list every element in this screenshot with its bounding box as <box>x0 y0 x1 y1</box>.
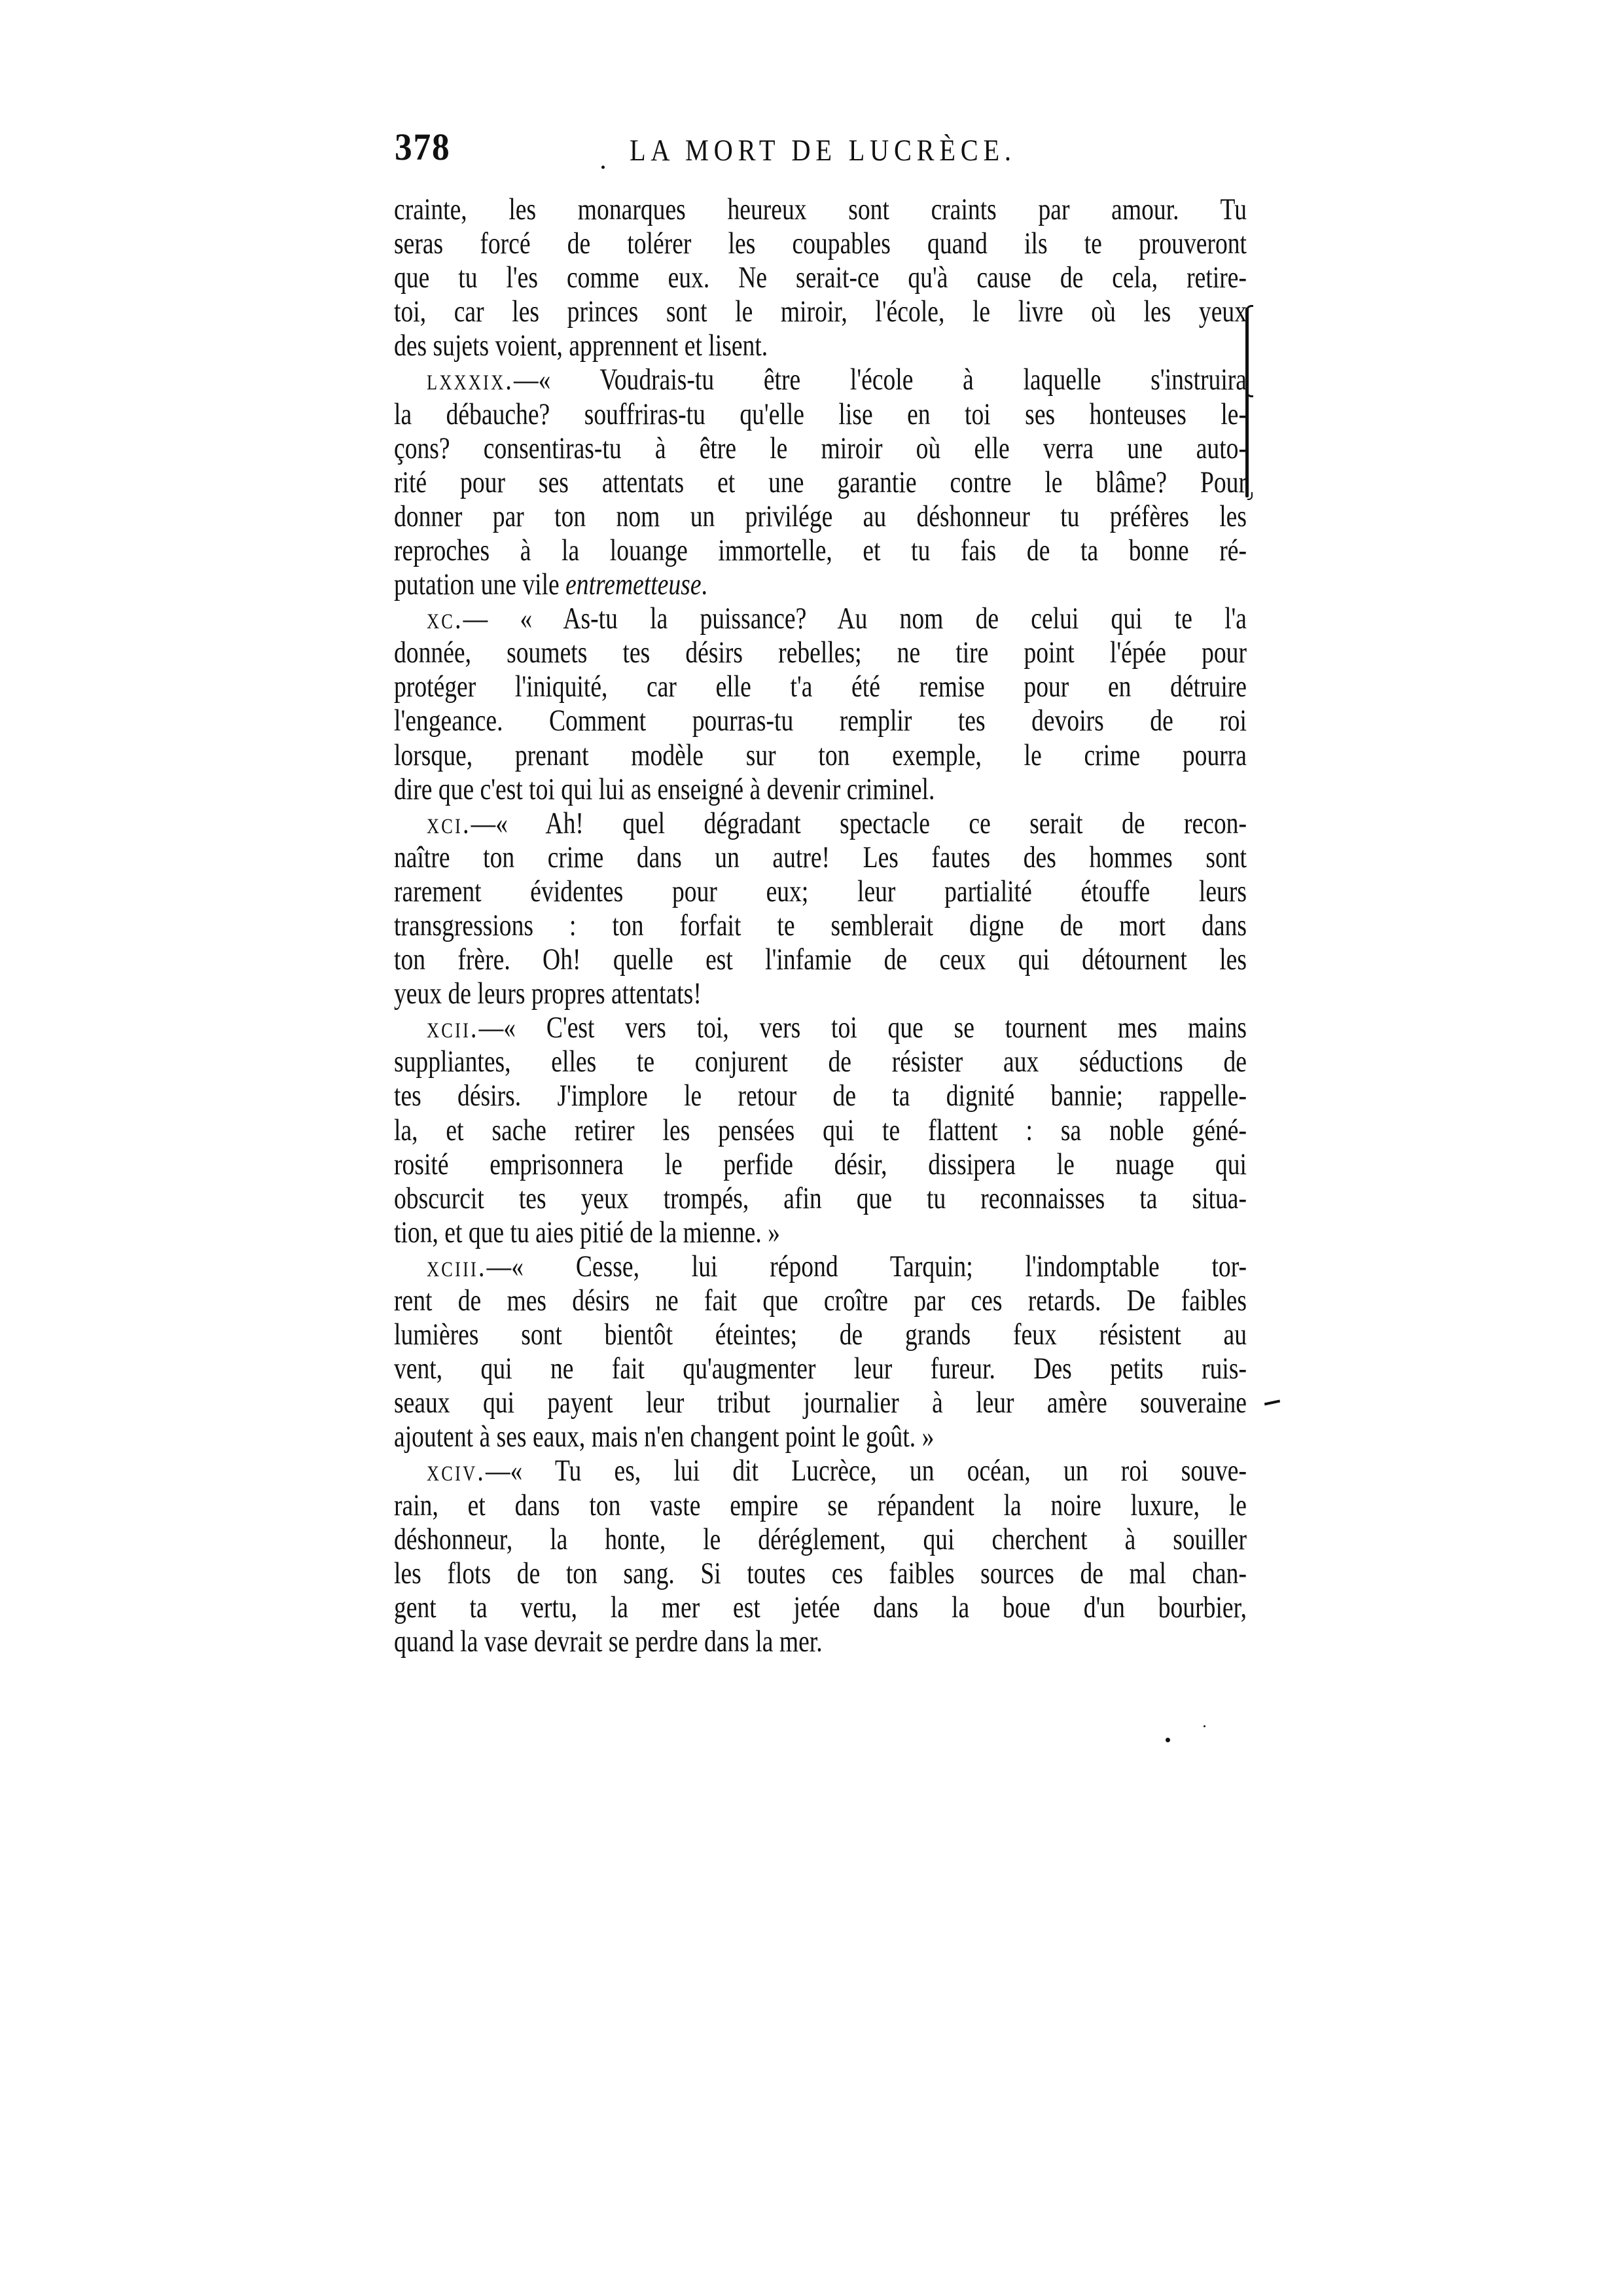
text-line: la débauche? souffriras-tu qu'elle lise … <box>394 397 1247 431</box>
stanza-numeral: xciv. <box>427 1454 486 1488</box>
text-line: naître ton crime dans un autre! Les faut… <box>394 840 1247 874</box>
text-line: rent de mes désirs ne fait que croître p… <box>394 1283 1247 1318</box>
margin-dash-mark <box>1264 1400 1280 1406</box>
text-line: rité pour ses attentats et une garantie … <box>394 465 1247 499</box>
text-line: reproches à la louange immortelle, et tu… <box>394 533 1247 567</box>
paragraph: crainte, les monarques heureux sont crai… <box>394 192 1247 363</box>
text-line: tion, et que tu aies pitié de la mienne.… <box>394 1215 1076 1249</box>
text-line: crainte, les monarques heureux sont crai… <box>394 192 1247 226</box>
text-line: ton frère. Oh! quelle est l'infamie de c… <box>394 942 1247 977</box>
text-line: putation une vile entremetteuse. <box>394 567 1076 601</box>
text-line: quand la vase devrait se perdre dans la … <box>394 1624 1076 1659</box>
stanza-numeral: xci. <box>427 806 471 840</box>
text-line: transgressions : ton forfait te semblera… <box>394 908 1247 942</box>
text-line: yeux de leurs propres attentats! <box>394 977 1076 1011</box>
stanza-numeral: xciii. <box>427 1249 487 1283</box>
paragraph-lxxxix: lxxxix.—« Voudrais-tu être l'école à laq… <box>394 363 1247 601</box>
margin-bracket-mark <box>1247 492 1253 500</box>
text-line: donnée, soumets tes désirs rebelles; ne … <box>394 636 1247 670</box>
stanza-lead-text: —« Voudrais-tu être l'école à laquelle s… <box>514 363 1247 397</box>
body-text: crainte, les monarques heureux sont crai… <box>394 192 1247 1659</box>
print-speck <box>601 166 605 169</box>
stanza-lead-text: —« C'est vers toi, vers toi que se tourn… <box>479 1011 1247 1045</box>
page-number: 378 <box>395 128 451 166</box>
text-line: toi, car les princes sont le miroir, l'é… <box>394 295 1247 329</box>
text-line: tes désirs. J'implore le retour de ta di… <box>394 1079 1247 1113</box>
stanza-lead-text: —« Ah! quel dégradant spectacle ce serai… <box>471 806 1247 840</box>
italic-word: entremetteuse <box>565 567 701 601</box>
stanza-numeral: lxxxix. <box>427 363 514 397</box>
text-line: xciv.—« Tu es, lui dit Lucrèce, un océan… <box>427 1454 1247 1488</box>
text-line: xc.— « As-tu la puissance? Au nom de cel… <box>427 601 1247 636</box>
text-line: dire que c'est toi qui lui as enseigné à… <box>394 772 1076 806</box>
text-line: donner par ton nom un privilége au désho… <box>394 499 1247 533</box>
text-line: les flots de ton sang. Si toutes ces fai… <box>394 1556 1247 1590</box>
paragraph-xcii: xcii.—« C'est vers toi, vers toi que se … <box>394 1011 1247 1249</box>
stanza-lead-text: —« Cesse, lui répond Tarquin; l'indompta… <box>487 1249 1247 1283</box>
paragraph-xciii: xciii.—« Cesse, lui répond Tarquin; l'in… <box>394 1249 1247 1454</box>
text-line: çons? consentiras-tu à être le miroir où… <box>394 431 1247 465</box>
print-speck <box>1166 1738 1170 1742</box>
text-line: protéger l'iniquité, car elle t'a été re… <box>394 670 1247 704</box>
stanza-lead-text: — « As-tu la puissance? Au nom de celui … <box>463 601 1247 636</box>
text-line: lorsque, prenant modèle sur ton exemple,… <box>394 738 1247 772</box>
paragraph-xc: xc.— « As-tu la puissance? Au nom de cel… <box>394 601 1247 806</box>
text-line: lumières sont bientôt éteintes; de grand… <box>394 1318 1247 1352</box>
text-line: rarement évidentes pour eux; leur partia… <box>394 874 1247 908</box>
text-line: rain, et dans ton vaste empire se répand… <box>394 1488 1247 1522</box>
text-line: suppliantes, elles te conjurent de résis… <box>394 1045 1247 1079</box>
text-line: xci.—« Ah! quel dégradant spectacle ce s… <box>427 806 1247 840</box>
stanza-numeral: xc. <box>427 601 463 636</box>
text-line: seras forcé de tolérer les coupables qua… <box>394 226 1247 260</box>
stanza-numeral: xcii. <box>427 1011 479 1045</box>
text-line: xcii.—« C'est vers toi, vers toi que se … <box>427 1011 1247 1045</box>
text-line: que tu l'es comme eux. Ne serait-ce qu'à… <box>394 260 1247 295</box>
text-line: l'engeance. Comment pourras-tu remplir t… <box>394 704 1247 738</box>
print-speck <box>1204 1725 1205 1727</box>
text-line: lxxxix.—« Voudrais-tu être l'école à laq… <box>427 363 1247 397</box>
text-line: vent, qui ne fait qu'augmenter leur fure… <box>394 1352 1247 1386</box>
text-line: gent ta vertu, la mer est jetée dans la … <box>394 1590 1247 1624</box>
text-line: déshonneur, la honte, le déréglement, qu… <box>394 1522 1247 1556</box>
stanza-lead-text: —« Tu es, lui dit Lucrèce, un océan, un … <box>486 1454 1247 1488</box>
text-line: xciii.—« Cesse, lui répond Tarquin; l'in… <box>427 1249 1247 1283</box>
text-line: seaux qui payent leur tribut journalier … <box>394 1386 1247 1420</box>
text-line: rosité emprisonnera le perfide désir, di… <box>394 1147 1247 1181</box>
text-line: la, et sache retirer les pensées qui te … <box>394 1113 1247 1147</box>
text-line: ajoutent à ses eaux, mais n'en changent … <box>394 1420 1076 1454</box>
text-line: des sujets voient, apprennent et lisent. <box>394 329 1076 363</box>
running-head: LA MORT DE LUCRÈCE. <box>630 135 1016 166</box>
text-line: obscurcit tes yeux trompés, afin que tu … <box>394 1181 1247 1215</box>
paragraph-xci: xci.—« Ah! quel dégradant spectacle ce s… <box>394 806 1247 1011</box>
paragraph-xciv: xciv.—« Tu es, lui dit Lucrèce, un océan… <box>394 1454 1247 1659</box>
